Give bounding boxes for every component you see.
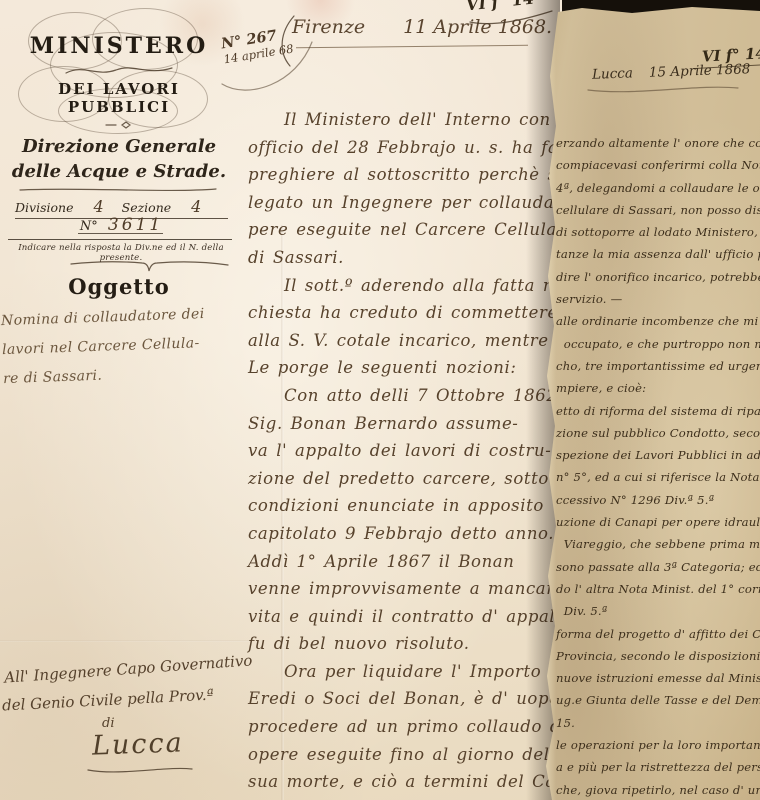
reply-line: cho, tre importantissime ed urgentiss — [556, 355, 760, 377]
reply-line: forma del progetto d' affitto dei Cana — [556, 623, 760, 645]
reply-line: erzando altamente l' onore che col — [556, 132, 760, 154]
handwritten-line: fu di bel nuovo risoluto. — [248, 630, 562, 658]
letter-page: MINISTERO DEI LAVORI PUBBLICI Direzione … — [0, 0, 562, 800]
handwritten-line: Le porge le seguenti nozioni: — [248, 354, 562, 382]
addressee-line3: di — [102, 716, 114, 731]
handwritten-line: opere eseguite fino al giorno della — [248, 741, 562, 769]
reply-line: alle ordinarie incombenze che mi — [556, 310, 760, 332]
reply-line: zione sul pubblico Condotto, secondo il — [556, 422, 760, 444]
reply-line: cellulare di Sassari, non posso dispen — [556, 199, 760, 221]
handwritten-line: Addì 1° Aprile 1867 il Bonan — [248, 548, 562, 576]
ministry-subtitle: DEI LAVORI PUBBLICI — [8, 80, 230, 116]
reply-line: Viareggio, che sebbene prima man — [556, 533, 760, 555]
division-label: Divisione — [15, 200, 73, 215]
subject-text: Nomina di collaudatore deilavori nel Car… — [1, 299, 239, 394]
reply-line: servizio. — — [556, 288, 760, 310]
handwritten-line: vita e quindi il contratto d' appalto — [248, 603, 562, 631]
handwritten-line: Eredi o Soci del Bonan, è d' uopo — [248, 685, 562, 713]
letter-body: Il Ministero dell' Interno conofficio de… — [248, 106, 562, 796]
reply-line: spezione dei Lavori Pubblici in adu — [556, 444, 760, 466]
reply-line: ug.e Giunta delle Tasse e del Demanio — [556, 689, 760, 711]
reply-line: ccessivo N° 1296 Div.ª 5.ª — [556, 489, 760, 511]
handwritten-line: sua morte, e ciò a termini del Ca — [248, 768, 562, 796]
reply-line: tanze la mia assenza dall' ufficio po — [556, 243, 760, 265]
handwritten-line: Con atto delli 7 Ottobre 1862 il — [248, 382, 562, 410]
ministry-title: MINISTERO — [8, 33, 230, 59]
reply-line: compiacevasi conferirmi colla Nota d — [556, 154, 760, 176]
rule-ornament — [18, 186, 220, 194]
handwritten-line: pere eseguite nel Carcere Cellulare — [248, 216, 562, 244]
addressee-line1: All' Ingegnere Capo Governativo — [4, 651, 253, 686]
handwritten-line: condizioni enunciate in apposito — [248, 492, 562, 520]
handwritten-line: capitolato 9 Febbrajo detto anno. — [248, 520, 562, 548]
city-underline-ornament — [86, 764, 196, 776]
number-value: 3611 — [108, 215, 163, 235]
handwritten-line: procedere ad un primo collaudo delle — [248, 713, 562, 741]
handwritten-line: Sig. Bonan Bernardo assume- — [248, 410, 562, 438]
reply-line: mpiere, e cioè: — [556, 377, 760, 399]
dateline-underline-ornament — [586, 82, 742, 96]
protocol-number-row: N° 3611 — [15, 215, 228, 235]
handwritten-line: Il Ministero dell' Interno con — [248, 106, 562, 134]
handwritten-line: legato un Ingegnere per collaudare le o- — [248, 189, 562, 217]
reply-line: occupato, e che purtroppo non mi las — [556, 333, 760, 355]
reply-line: sono passate alla 3ª Categoria; ed — [556, 556, 760, 578]
reply-line: do l' altra Nota Minist. del 1° corr — [556, 578, 760, 600]
reply-line: che, giova ripetirlo, nel caso d' un' au — [556, 779, 760, 800]
subject-label: Oggetto — [8, 274, 230, 299]
handwritten-line: Il sott.º aderendo alla fatta ri- — [248, 272, 562, 300]
handwritten-line: di Sassari. — [248, 244, 562, 272]
reply-line: nuove istruzioni emesse dal Minist — [556, 667, 760, 689]
section-label: Sezione — [122, 200, 172, 215]
reply-page: VI f° 14 Lucca15 Aprile 1868 erzando alt… — [542, 6, 760, 800]
direction-line2: delle Acque e Strade. — [8, 161, 230, 182]
addressee-city: Lucca — [91, 727, 184, 761]
handwritten-line: officio del 28 Febbrajo u. s. ha fatto — [248, 134, 562, 162]
squiggle-ornament — [62, 62, 178, 78]
handwritten-line: va l' appalto dei lavori di costru- — [248, 437, 562, 465]
reply-dateline: Lucca15 Aprile 1868 — [592, 61, 751, 83]
reply-line: n° 5°, ed a cui si riferisce la Nota — [556, 466, 760, 488]
direction-line1: Direzione Generale — [8, 136, 230, 157]
document-scan: MINISTERO DEI LAVORI PUBBLICI Direzione … — [0, 0, 760, 800]
handwritten-line: preghiere al sottoscritto perchè sia de- — [248, 161, 562, 189]
section-value: 4 — [191, 197, 201, 216]
handwritten-line: alla S. V. cotale incarico, mentre — [248, 327, 562, 355]
addressee-line2: del Genio Civile pella Prov.ª — [2, 685, 214, 714]
fold-crease — [0, 640, 250, 642]
diamond-ornament — [104, 120, 138, 130]
reply-line: a e più per la ristrettezza del person — [556, 756, 760, 778]
reply-line: le operazioni per la loro importan — [556, 734, 760, 756]
handwritten-line: chiesta ha creduto di commettere — [248, 299, 562, 327]
rule-ornament — [8, 239, 232, 240]
rule-ornament — [296, 45, 528, 48]
reply-dateline-place: Lucca — [592, 65, 633, 82]
handwritten-line: venne improvvisamente a mancare a — [248, 575, 562, 603]
reply-body: erzando altamente l' onore che colcompia… — [556, 132, 760, 800]
reply-line: Provincia, secondo le disposizioni del — [556, 645, 760, 667]
reply-line: 4ª, delegandomi a collaudare le o — [556, 177, 760, 199]
reply-line: di sottoporre al lodato Ministero, con — [556, 221, 760, 243]
reply-dateline-date: 15 Aprile 1868 — [649, 61, 751, 81]
division-value: 4 — [93, 197, 103, 216]
reply-line: Div. 5.ª — [556, 600, 760, 622]
reply-line: dire l' onorifico incarico, potrebbe re — [556, 266, 760, 288]
number-label: N° — [80, 219, 98, 234]
reply-line: 15. — [556, 712, 760, 734]
registry-circle-ornament — [218, 32, 318, 96]
rule-ornament — [78, 233, 163, 234]
handwritten-line: Ora per liquidare l' Importo cogli — [248, 658, 562, 686]
reply-line: uzione di Canapi per opere idrauli — [556, 511, 760, 533]
handwritten-line: zione del predetto carcere, sotto le — [248, 465, 562, 493]
reply-line: etto di riforma del sistema di ripartiz — [556, 400, 760, 422]
